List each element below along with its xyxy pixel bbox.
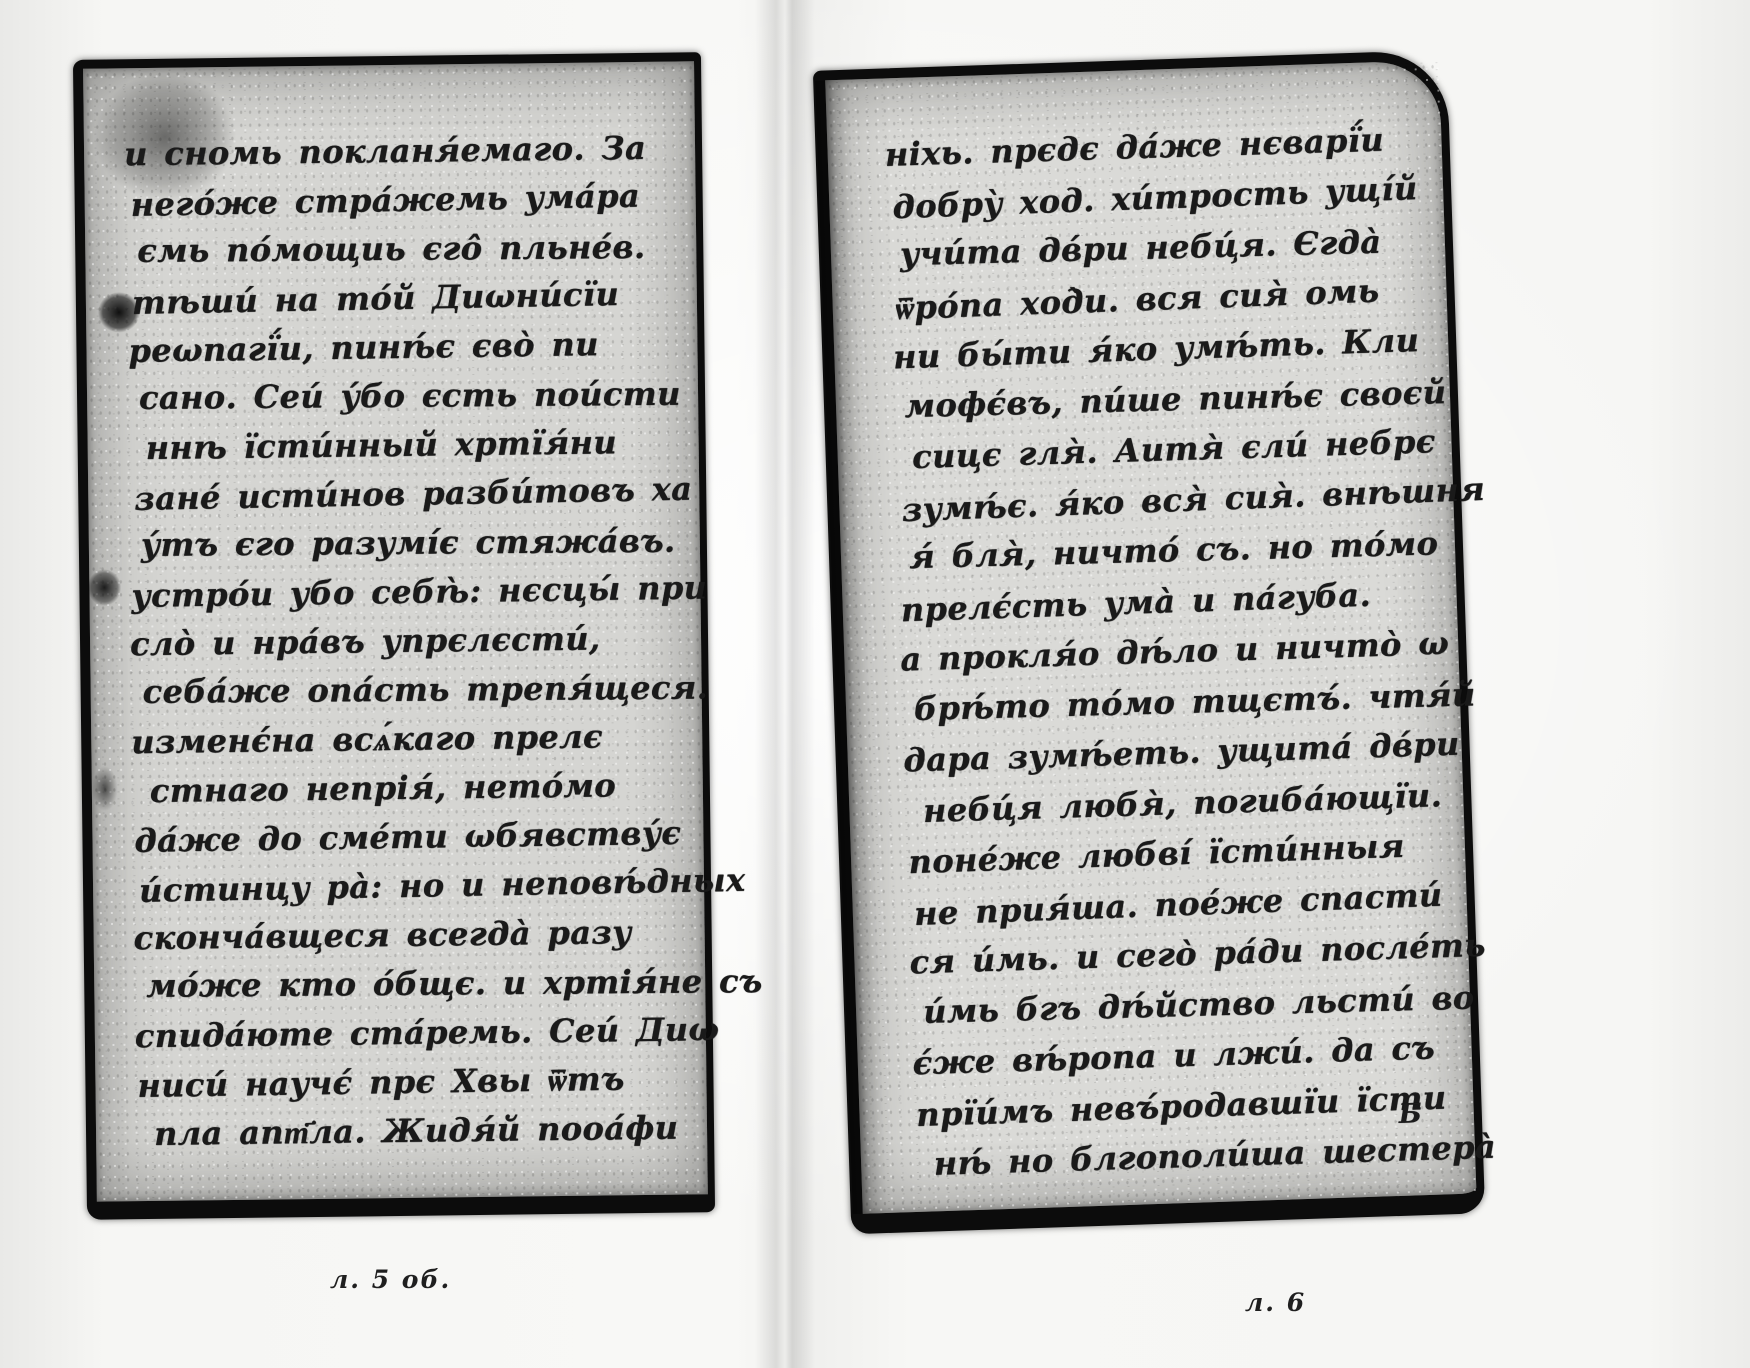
manuscript-line: ниси́ научє́ прє Хвы ѿтъ [137,1053,709,1110]
manuscript-line: ємь по́мощиь єго̂ пльне́в. [137,222,708,275]
quire-signature-mark: Б [1398,1098,1422,1130]
manuscript-line: устро́и убо себѣ̀: нєсцы́ при [131,563,703,620]
manuscript-line: реωпагї́и, пинѣ́є єво̀ пи [128,319,700,376]
book-gutter-shadow [755,0,815,1368]
manuscript-line: стнаго непрія́, нето́мо [150,760,722,816]
folio-caption-left: л. 5 об. [330,1265,451,1294]
manuscript-line: мо́же кто о́бщє. и хртія́не съ [146,957,717,1010]
manuscript-line: спида́юте ста́ремь. Сеи́ Диω [135,1005,707,1061]
manuscript-line: себа́же опа́сть трепя́щеся. [142,663,713,716]
manuscript-text-right: ніхь. прєдє да́же нєварї́идобру̀ ход. хи… [827,61,1475,1192]
manuscript-line: у́тъ єго разумі́є стяжа́въ. [141,516,712,569]
manuscript-line: сконча́вщеся всегда̀ разу [133,907,705,963]
manuscript-line: сано. Сеи́ у́бо єсть пои́сти [139,369,710,422]
folio-caption-right: л. 6 [1245,1288,1306,1317]
manuscript-line: и сномь покланя́емаго. За [124,123,696,179]
manuscript-photo-folio-5v: и сномь покланя́емаго. Занего́же стра́же… [73,52,715,1220]
manuscript-line: и́стинцу ра̀: но и неповѣ́дных [139,856,711,915]
manuscript-line: изменє́на всѧ́каго прелє [131,711,703,767]
manuscript-line: зане́ исти́нов разби́товъ ха [134,464,706,523]
manuscript-line: него́же стра́жемь ума́ра [130,170,702,229]
manuscript-line: ннѣ їсти́нный хртїя́ни [145,417,717,473]
manuscript-text-left: и сномь покланя́емаго. Занего́же стра́же… [83,61,707,1159]
manuscript-photo-folio-6: ніхь. прєдє да́же нєварї́идобру̀ ход. хи… [813,50,1485,1234]
manuscript-line: сло̀ и нра́въ упрєлєсти́, [130,613,702,669]
manuscript-line: пла апт҃ла. Жидя́й пооа́фи [154,1103,726,1159]
